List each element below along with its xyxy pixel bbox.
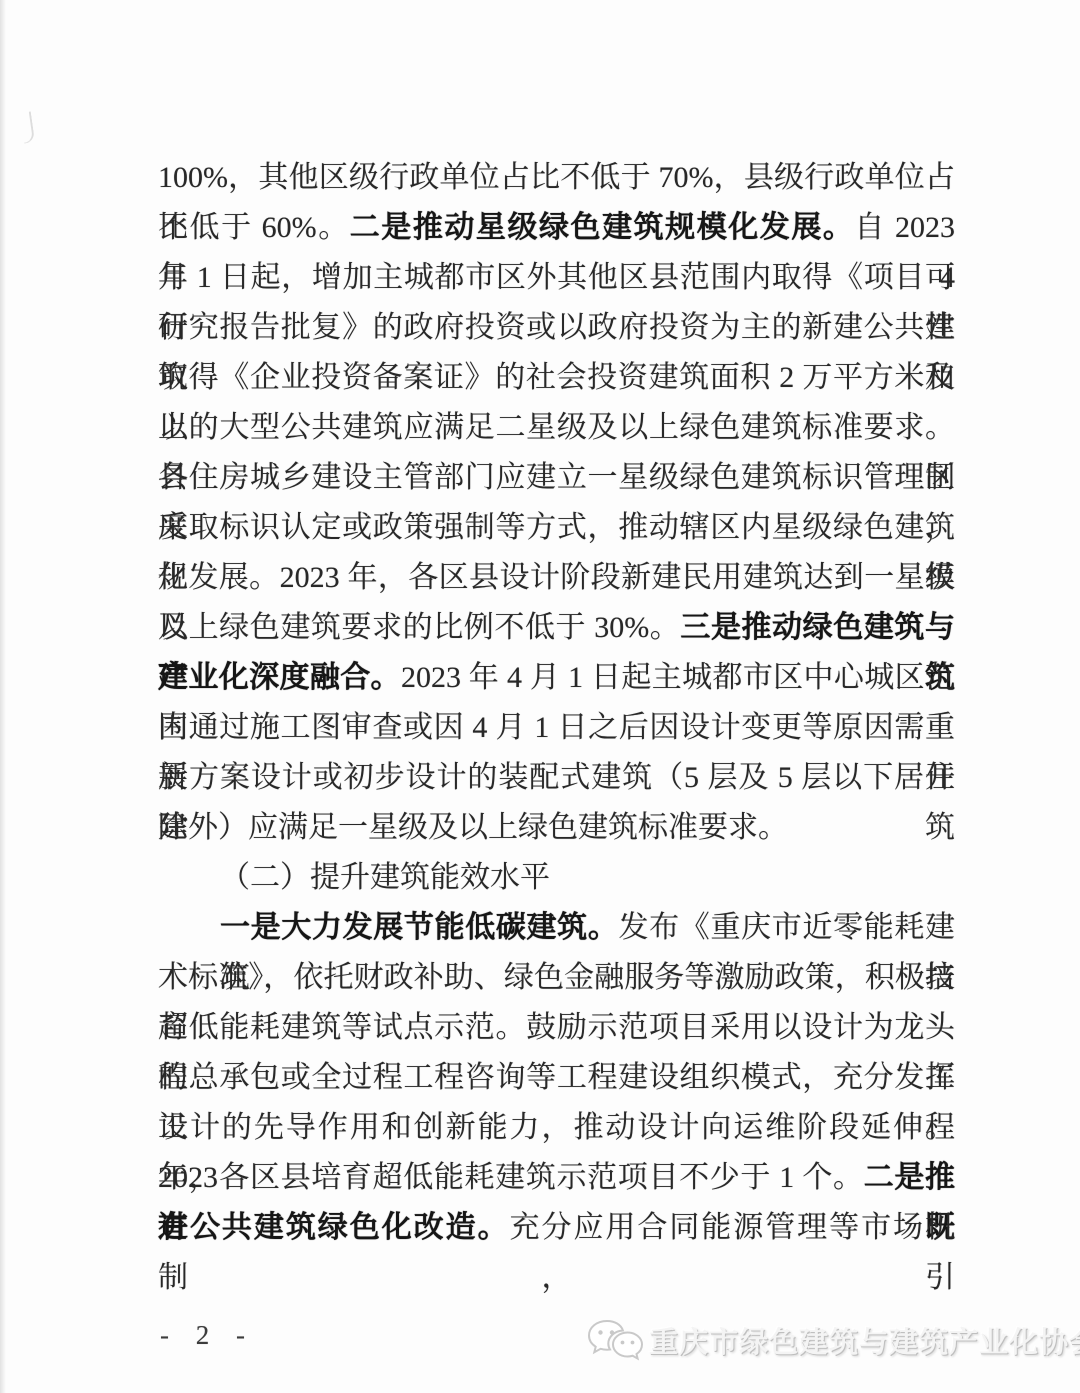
text-segment: （二）提升建筑能效水平 <box>220 861 550 894</box>
text-line: 采取标识认定或政策强制等方式，推动辖区内星级绿色建筑规模 <box>158 503 955 553</box>
text-segment: 一是大力发展节能低碳建筑。 <box>220 911 618 944</box>
text-line: 年，各区县培育超低能耗建筑示范项目不少于 1 个。二是推进既 <box>158 1153 955 1203</box>
text-line: 一是大力发展节能低碳建筑。发布《重庆市近零能耗建筑技 <box>158 903 955 953</box>
text-line: 以上绿色建筑要求的比例不低于 30%。三是推动绿色建筑与建筑 <box>158 603 955 653</box>
text-segment: 年，各区县培育超低能耗建筑示范项目不少于 1 个。 <box>158 1161 864 1194</box>
text-line: 上的大型公共建筑应满足二星级及以上绿色建筑标准要求。各区 <box>158 403 955 453</box>
text-line: 有公共建筑绿色化改造。充分应用合同能源管理等市场机制，引 <box>158 1203 955 1253</box>
text-line: 不低于 60%。二是推动星级绿色建筑规模化发展。自 2023 年 4 <box>158 203 955 253</box>
watermark-text: 重庆市绿色建筑与建筑产业化协会 <box>649 1320 1080 1361</box>
text-line: 程总承包或全过程工程咨询等工程建设组织模式，充分发挥工程 <box>158 1053 955 1103</box>
text-line: 研究报告批复》的政府投资或以政府投资为主的新建公共建筑和 <box>158 303 955 353</box>
text-line: （二）提升建筑能效水平 <box>158 853 955 903</box>
text-line: 化发展。2023 年，各区县设计阶段新建民用建筑达到一星级及 <box>158 553 955 603</box>
text-segment: 二是推动星级绿色建筑规模化发展。 <box>350 211 855 244</box>
text-line: 超低能耗建筑等试点示范。鼓励示范项目采用以设计为龙头的工 <box>158 1003 955 1053</box>
text-segment: 有公共建筑绿色化改造。 <box>158 1211 510 1244</box>
text-line: 100%，其他区级行政单位占比不低于 70%，县级行政单位占比 <box>158 153 955 203</box>
text-line: 取得《企业投资备案证》的社会投资建筑面积 2 万平方米及以 <box>158 353 955 403</box>
watermark: 重庆市绿色建筑与建筑产业化协会 <box>586 1314 1080 1366</box>
text-segment: 产业化深度融合。 <box>158 661 401 694</box>
document-text-block: 100%，其他区级行政单位占比不低于 70%，县级行政单位占比不低于 60%。二… <box>158 153 955 1253</box>
text-line: 展方案设计或初步设计的装配式建筑（5 层及 5 层以下居住建筑 <box>158 753 955 803</box>
text-line: 术标准》，依托财政补助、绿色金融服务等激励政策，积极培育 <box>158 953 955 1003</box>
wechat-logo-icon <box>586 1314 644 1366</box>
document-page: 100%，其他区级行政单位占比不低于 70%，县级行政单位占比不低于 60%。二… <box>0 0 1080 1393</box>
text-line: 县住房城乡建设主管部门应建立一星级绿色建筑标识管理制度， <box>158 453 955 503</box>
scan-edge-shadow <box>0 0 6 1393</box>
scan-artifact-mark <box>20 111 35 143</box>
text-line: 内通过施工图审查或因 4 月 1 日之后因设计变更等原因需重新开 <box>158 703 955 753</box>
text-segment: 以上绿色建筑要求的比例不低于 30%。 <box>158 611 680 644</box>
text-line: 月 1 日起，增加主城都市区外其他区县范围内取得《项目可行性 <box>158 253 955 303</box>
text-line: 设计的先导作用和创新能力，推动设计向运维阶段延伸。2023 <box>158 1103 955 1153</box>
text-line: 产业化深度融合。2023 年 4 月 1 日起主城都市区中心城区范围 <box>158 653 955 703</box>
page-number: - 2 - <box>160 1320 255 1351</box>
text-segment: 不低于 60%。 <box>158 211 350 244</box>
text-segment: 除外）应满足一星级及以上绿色建筑标准要求。 <box>158 811 788 844</box>
